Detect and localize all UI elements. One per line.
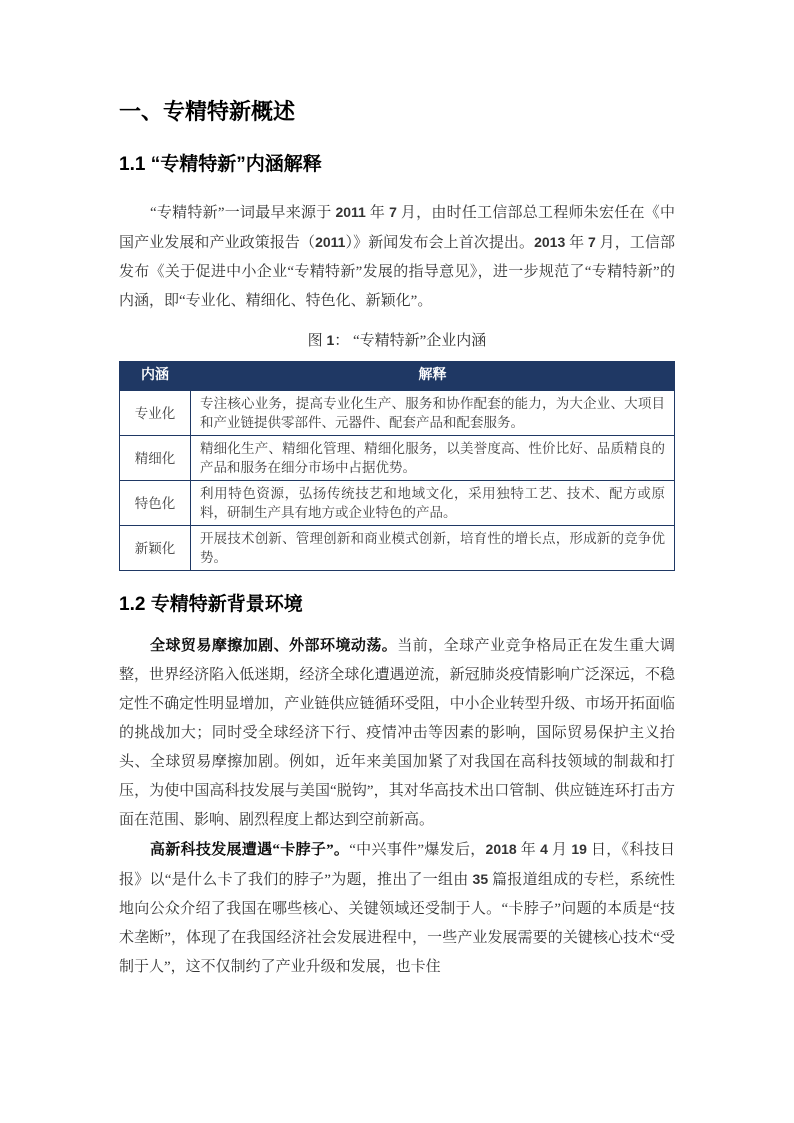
- section-heading-1-2: 1.2 专精特新背景环境: [119, 592, 675, 618]
- paragraph-global-trade: 全球贸易摩擦加剧、外部环境动荡。当前，全球产业竞争格局正在发生重大调整，世界经济…: [119, 632, 675, 835]
- document-page: 一、专精特新概述 1.1 “专精特新”内涵解释 “专精特新”一词最早来源于 20…: [0, 0, 794, 1123]
- table-header-row: 内涵 解释: [120, 362, 675, 391]
- table-header-term: 内涵: [120, 362, 191, 391]
- paragraph-text: 当前，全球产业竞争格局正在发生重大调整，世界经济陷入低迷期，经济全球化遭遇逆流，…: [119, 638, 675, 828]
- paragraph-text: “中兴事件”爆发后，2018 年 4 月 19 日，《科技日报》以“是什么卡了我…: [119, 842, 675, 975]
- chapter-heading: 一、专精特新概述: [119, 97, 675, 127]
- table-cell-desc: 利用特色资源，弘扬传统技艺和地域文化，采用独特工艺、技术、配方或原料，研制生产具…: [191, 481, 675, 526]
- table-cell-term: 新颖化: [120, 526, 191, 571]
- paragraph-tech-chokehold: 高新科技发展遭遇“卡脖子”。“中兴事件”爆发后，2018 年 4 月 19 日，…: [119, 835, 675, 982]
- paragraph-lead-bold: 高新科技发展遭遇“卡脖子”。: [150, 842, 349, 858]
- figure-table: 内涵 解释 专业化 专注核心业务，提高专业化生产、服务和协作配套的能力，为大企业…: [119, 361, 675, 571]
- table-row: 专业化 专注核心业务，提高专业化生产、服务和协作配套的能力，为大企业、大项目和产…: [120, 391, 675, 436]
- table-row: 特色化 利用特色资源，弘扬传统技艺和地域文化，采用独特工艺、技术、配方或原料，研…: [120, 481, 675, 526]
- table-cell-desc: 专注核心业务，提高专业化生产、服务和协作配套的能力，为大企业、大项目和产业链提供…: [191, 391, 675, 436]
- table-header-desc: 解释: [191, 362, 675, 391]
- paragraph-intro: “专精特新”一词最早来源于 2011 年 7 月，由时任工信部总工程师朱宏任在《…: [119, 198, 675, 316]
- table-cell-term: 特色化: [120, 481, 191, 526]
- table-cell-desc: 精细化生产、精细化管理、精细化服务，以美誉度高、性价比好、品质精良的产品和服务在…: [191, 436, 675, 481]
- table-cell-term: 精细化: [120, 436, 191, 481]
- figure-caption: 图 1： “专精特新”企业内涵: [119, 329, 675, 352]
- table-cell-term: 专业化: [120, 391, 191, 436]
- table-cell-desc: 开展技术创新、管理创新和商业模式创新，培育性的增长点，形成新的竞争优势。: [191, 526, 675, 571]
- paragraph-lead-bold: 全球贸易摩擦加剧、外部环境动荡。: [150, 638, 397, 654]
- table-row: 新颖化 开展技术创新、管理创新和商业模式创新，培育性的增长点，形成新的竞争优势。: [120, 526, 675, 571]
- section-heading-1-1: 1.1 “专精特新”内涵解释: [119, 152, 675, 178]
- table-row: 精细化 精细化生产、精细化管理、精细化服务，以美誉度高、性价比好、品质精良的产品…: [120, 436, 675, 481]
